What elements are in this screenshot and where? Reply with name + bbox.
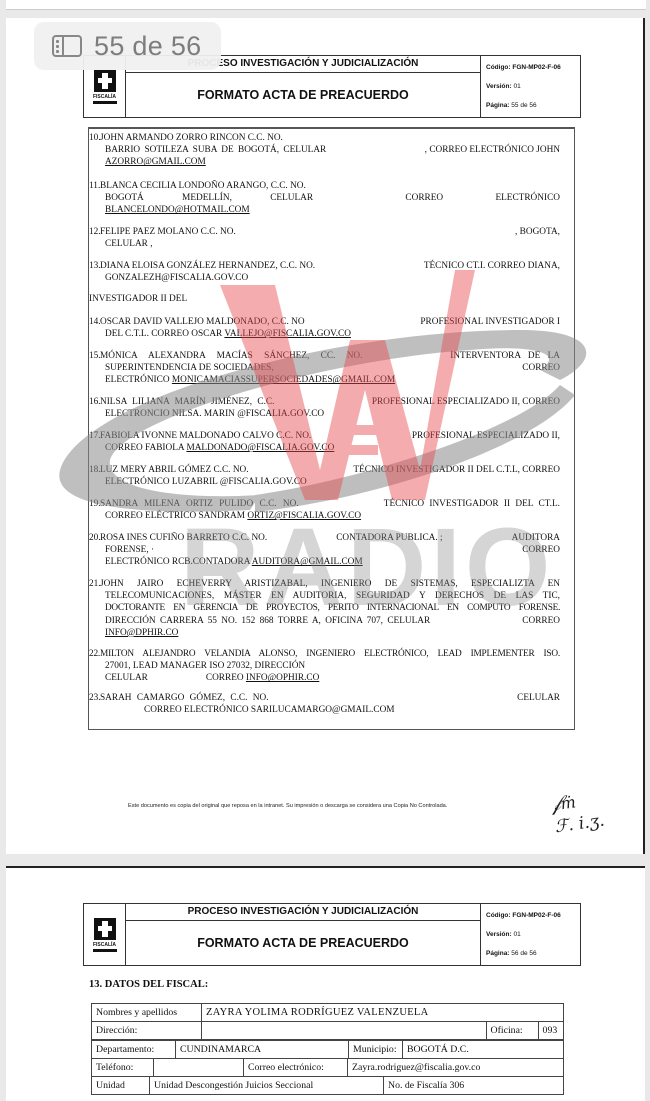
sidebar-icon[interactable]: [52, 35, 82, 57]
item-text: 27001, LEAD MANAGER ISO 27032, DIRECCIÓN: [105, 661, 305, 671]
item-text: ELECTRONCIO NILSA. MARIN @FISCALIA.GOV.C…: [105, 409, 324, 419]
logo-text: FISCALÍA: [93, 94, 116, 100]
section-title: 13. DATOS DEL FISCAL:: [89, 979, 208, 990]
item-text: JOHN JAIRO ECHEVERRY ARISTIZABAL, INGENI…: [100, 579, 560, 589]
version-value: 01: [513, 931, 520, 938]
item-text: DIRECCIÓN CARRERA 55 NO. 152 868 TORRE A…: [105, 615, 430, 627]
codigo-value: FGN-MP02-F-06: [512, 64, 560, 71]
value-unidad: Unidad Descongestión Juicios Seccional: [150, 1077, 384, 1095]
value-oficina: 093: [538, 1022, 563, 1040]
item-text: TÉCNICO INVESTIGADOR II DEL CT.L.: [384, 498, 560, 510]
label-direccion: Dirección:: [92, 1022, 202, 1040]
participants-list: 10.JOHN ARMANDO ZORRO RINCON C.C. NO. BA…: [88, 127, 575, 730]
label-oficina: Oficina:: [486, 1022, 538, 1040]
email-link[interactable]: INFO@OPHIR.CO: [246, 673, 319, 683]
item-number: 12.: [89, 226, 100, 238]
list-item: 13.DIANA ELOISA GONZÁLEZ HERNANDEZ, C.C.…: [95, 260, 560, 284]
item-text: BARRIO SOTILEZA SUBA DE BOGOTÁ, CELULAR: [105, 144, 326, 156]
item-text: DEL C.T.L. CORREO OSCAR: [105, 329, 224, 339]
item-text: TELECOMUNICACIONES, MÁSTER EN AUDITORIA,…: [105, 591, 560, 601]
item-number: 14.: [89, 316, 100, 328]
item-text: NILSA LILIANA MARÍN JIMÉNEZ, C.C.: [100, 397, 274, 407]
version-value: 01: [513, 83, 520, 90]
label-telefono: Teléfono:: [92, 1059, 154, 1077]
item-text: INVESTIGADOR II DEL: [89, 294, 187, 304]
value-nombres: ZAYRA YOLIMA RODRÍGUEZ VALENZUELA: [202, 1004, 564, 1022]
email-link[interactable]: AZORRO@GMAIL.COM: [105, 157, 206, 167]
item-text: CORREO FABIOLA: [105, 443, 186, 453]
list-item: 11.BLANCA CECILIA LONDOÑO ARANGO, C.C. N…: [95, 180, 560, 217]
item-text: SANDRA MILENA ORTIZ PULIDO C.C. NO.: [100, 499, 299, 509]
pagina-value: 56 de 56: [511, 950, 536, 957]
item-text: CELULAR: [517, 692, 560, 704]
list-item: 15.MÓNICA ALEXANDRA MACÍAS SÁNCHEZ, CC. …: [95, 350, 560, 387]
item-text: MILTON ALEJANDRO VELANDIA ALONSO, INGENI…: [100, 649, 560, 659]
item-text: CORREO ELÉCTRICO SANDRAM: [105, 511, 247, 521]
item-text: AUDITORA: [512, 532, 560, 544]
pagina-label: Página:: [486, 102, 509, 109]
item-text: BLANCA CECILIA LONDOÑO ARANGO, C.C. NO.: [100, 181, 306, 191]
email-link[interactable]: AUDITORA@GMAIL.COM: [252, 557, 363, 567]
list-item: 18.LUZ MERY ABRIL GÓMEZ C.C. NO.TÉCNICO …: [95, 464, 560, 488]
item-text: OSCAR DAVID VALLEJO MALDONADO, C.C. NO: [100, 317, 305, 327]
item-text: GONZALEZH@FISCALIA.GOV.CO: [105, 273, 248, 283]
item-text: CONTADORA PUBLICA. ;: [336, 532, 442, 544]
fiscalia-logo: FISCALÍA: [84, 904, 126, 965]
email-link[interactable]: ORTIZ@FISCALIA.GOV.CO: [247, 511, 361, 521]
list-item: 16.NILSA LILIANA MARÍN JIMÉNEZ, C.C.PROF…: [95, 396, 560, 420]
item-text: SUPERINTENDENCIA DE SOCIEDADES,: [105, 362, 274, 374]
item-text: DOCTORANTE EN GERENCIA DE PROYECTOS, PER…: [105, 603, 560, 613]
item-number: 15.: [89, 350, 100, 362]
item-text: ELECTRÓNICO RCB.CONTADORA: [105, 557, 252, 567]
label-unidad: Unidad: [92, 1077, 150, 1095]
list-item: INVESTIGADOR II DEL: [89, 293, 560, 305]
page-indicator-text: 55 de 56: [94, 31, 202, 62]
item-text: ELECTRÓNICO: [105, 375, 172, 385]
item-text: MÓNICA ALEXANDRA MACÍAS SÁNCHEZ, CC. No.: [100, 351, 362, 361]
item-number: 21.: [89, 578, 100, 590]
item-text: , CORREO ELECTRÓNICO JOHN: [425, 144, 560, 156]
list-item: 21.JOHN JAIRO ECHEVERRY ARISTIZABAL, ING…: [95, 578, 560, 639]
item-number: 16.: [89, 396, 100, 408]
page-indicator[interactable]: 55 de 56: [34, 22, 221, 70]
item-text: CORREO ELECTRÓNICO: [405, 192, 560, 204]
fiscalia-emblem-icon: [94, 70, 116, 92]
item-text: LUZ MERY ABRIL GÓMEZ C.C. NO.: [100, 465, 249, 475]
item-text: FELIPE PAEZ MOLANO C.C. NO.: [100, 227, 236, 237]
list-item: 12.FELIPE PAEZ MOLANO C.C. NO., BOGOTA, …: [95, 226, 560, 250]
item-text: PROFESIONAL ESPECIALIZADO II,: [412, 430, 560, 442]
item-text: CELULAR: [105, 673, 148, 683]
item-text: FABIOLA IVONNE MALDONADO CALVO C.C. NO.: [100, 431, 311, 441]
document-meta: Código: FGN-MP02-F-06 Versión: 01 Página…: [481, 904, 580, 965]
item-text: TÉCNICO INVESTIGADOR II DEL C.T.L, CORRE…: [353, 464, 560, 476]
fiscal-data-table-4: Unidad Unidad Descongestión Juicios Secc…: [91, 1076, 564, 1095]
codigo-label: Código:: [486, 64, 511, 71]
item-text: TÉCNICO CT.I. CORREO DIANA,: [424, 260, 560, 272]
item-number: 22.: [89, 648, 100, 660]
logo-text: FISCALÍA: [93, 942, 116, 948]
previous-page-edge: [6, 0, 646, 10]
list-item: 19.SANDRA MILENA ORTIZ PULIDO C.C. NO.TÉ…: [95, 498, 560, 522]
item-number: 20.: [89, 532, 100, 544]
list-item: 22.MILTON ALEJANDRO VELANDIA ALONSO, ING…: [95, 648, 560, 685]
label-correo: Correo electrónico:: [244, 1059, 348, 1077]
fiscal-data-table-2: Departamento: CUNDINAMARCA Municipio: BO…: [91, 1040, 564, 1059]
list-item: 23.SARAH CAMARGO GÓMEZ, C.C. NO.CELULAR …: [95, 692, 560, 716]
item-text: CORREO: [206, 673, 246, 683]
item-text: DIANA ELOISA GONZÁLEZ HERNANDEZ, C.C. NO…: [100, 261, 315, 271]
item-text: , BOGOTA,: [515, 226, 560, 238]
email-link[interactable]: VALLEJO@FISCALIA.GOV.CO: [224, 329, 351, 339]
list-item: 14.OSCAR DAVID VALLEJO MALDONADO, C.C. N…: [95, 316, 560, 340]
item-number: 13.: [89, 260, 100, 272]
item-text: ELECTRÓNICO LUZABRIL @FISCALIA.GOV.CO: [105, 477, 307, 487]
version-label: Versión:: [486, 931, 512, 938]
item-text: SARAH CAMARGO GÓMEZ, C.C. NO.: [100, 693, 269, 703]
list-item: 10.JOHN ARMANDO ZORRO RINCON C.C. NO. BA…: [95, 132, 560, 169]
fiscal-data-table-3: Teléfono: Correo electrónico: Zayra.rodr…: [91, 1058, 564, 1077]
item-text: JOHN ARMANDO ZORRO RINCON C.C. NO.: [100, 133, 283, 143]
codigo-label: Código:: [486, 912, 511, 919]
item-text: CORREO: [522, 362, 560, 374]
item-number: 18.: [89, 464, 100, 476]
item-number: 19.: [89, 498, 100, 510]
value-municipio: BOGOTÁ D.C.: [403, 1041, 564, 1059]
codigo-value: FGN-MP02-F-06: [512, 912, 560, 919]
value-no-fiscalia: No. de Fiscalía 306: [384, 1077, 564, 1095]
item-text: CORREO ELECTRÓNICO SARILUCAMARGO@GMAIL.C…: [144, 705, 395, 715]
label-departamento: Departamento:: [92, 1041, 176, 1059]
form-title: FORMATO ACTA DE PREACUERDO: [126, 73, 480, 117]
label-municipio: Municipio:: [349, 1041, 403, 1059]
handwritten-signature: 𝒻ṁℱ. ⅰ.ʒ.: [550, 787, 606, 838]
list-item: 20.ROSA INES CUFIÑO BARRETO C.C. No.CONT…: [95, 532, 560, 569]
value-departamento: CUNDINAMARCA: [176, 1041, 349, 1059]
fiscalia-emblem-icon: [94, 918, 116, 940]
item-text: ROSA INES CUFIÑO BARRETO C.C. No.: [100, 533, 267, 543]
item-text: INTERVENTORA DE LA: [450, 350, 560, 362]
item-text: CORREO: [522, 544, 560, 556]
item-number: 23.: [89, 692, 100, 704]
document-meta: Código: FGN-MP02-F-06 Versión: 01 Página…: [481, 56, 580, 117]
version-label: Versión:: [486, 83, 512, 90]
item-number: 11.: [89, 180, 100, 192]
process-name: PROCESO INVESTIGACIÓN Y JUDICIALIZACIÓN: [126, 904, 480, 921]
item-text: PROFESIONAL INVESTIGADOR I: [420, 316, 560, 328]
email-link[interactable]: MONICAMACIASSUPERSOCIEDADES@GMAIL.COM: [172, 375, 395, 385]
email-link[interactable]: BLANCELONDO@HOTMAIL.COM: [105, 205, 250, 215]
footer-disclaimer: Este documento es copia del original que…: [128, 803, 447, 809]
logo-bar: [93, 949, 117, 952]
item-text: CELULAR ,: [105, 239, 153, 249]
fiscal-data-table: Nombres y apellidos ZAYRA YOLIMA RODRÍGU…: [91, 1003, 564, 1040]
document-header-56: FISCALÍA PROCESO INVESTIGACIÓN Y JUDICIA…: [83, 903, 581, 966]
item-text: CORREO: [522, 615, 560, 627]
logo-bar: [93, 101, 117, 104]
email-link[interactable]: INFO@DPHIR.CO: [105, 628, 178, 638]
value-correo[interactable]: Zayra.rodriguez@fiscalia.gov.co: [348, 1059, 564, 1077]
form-title: FORMATO ACTA DE PREACUERDO: [126, 921, 480, 965]
email-link[interactable]: MALDONADO@FISCALIA.GOV.CO: [186, 443, 334, 453]
item-text: FORENSE, ·: [105, 544, 154, 556]
value-telefono: [154, 1059, 244, 1077]
pagina-label: Página:: [486, 950, 509, 957]
item-number: 10.: [89, 132, 100, 144]
item-text: BOGOTÁ MEDELLÍN, CELULAR: [105, 192, 313, 204]
label-nombres: Nombres y apellidos: [92, 1004, 202, 1022]
value-direccion: [202, 1022, 487, 1040]
item-text: PROFESIONAL ESPECIALIZADO II, CORREO: [372, 396, 560, 408]
item-number: 17.: [89, 430, 100, 442]
pagina-value: 55 de 56: [511, 102, 536, 109]
list-item: 17.FABIOLA IVONNE MALDONADO CALVO C.C. N…: [95, 430, 560, 454]
